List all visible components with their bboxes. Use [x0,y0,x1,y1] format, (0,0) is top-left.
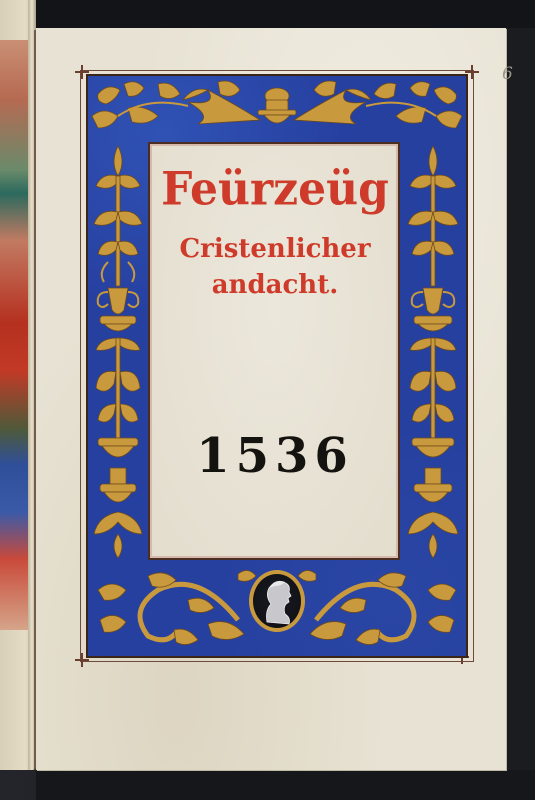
left-border-ornament [88,142,148,560]
title-line-2: Cristenlicher [150,236,400,262]
title-line-3: andacht. [150,272,400,298]
folio-number: 6 [502,64,513,84]
candelabra-column-icon [400,142,466,560]
top-border-ornament [88,76,466,142]
profile-bust-icon [253,574,301,628]
scan-bottom-border [36,770,535,800]
right-border-ornament [400,142,466,560]
publication-year: 1536 [150,432,400,480]
candelabra-column-icon [88,142,148,560]
facing-page-illumination [0,40,30,630]
portrait-medallion [249,570,305,632]
foliage-scroll-icon [88,76,466,142]
scan-right-border [506,28,535,770]
scan-top-border [36,0,535,30]
title-line-1: Feürzeüg [150,167,400,213]
facing-page [0,0,36,770]
